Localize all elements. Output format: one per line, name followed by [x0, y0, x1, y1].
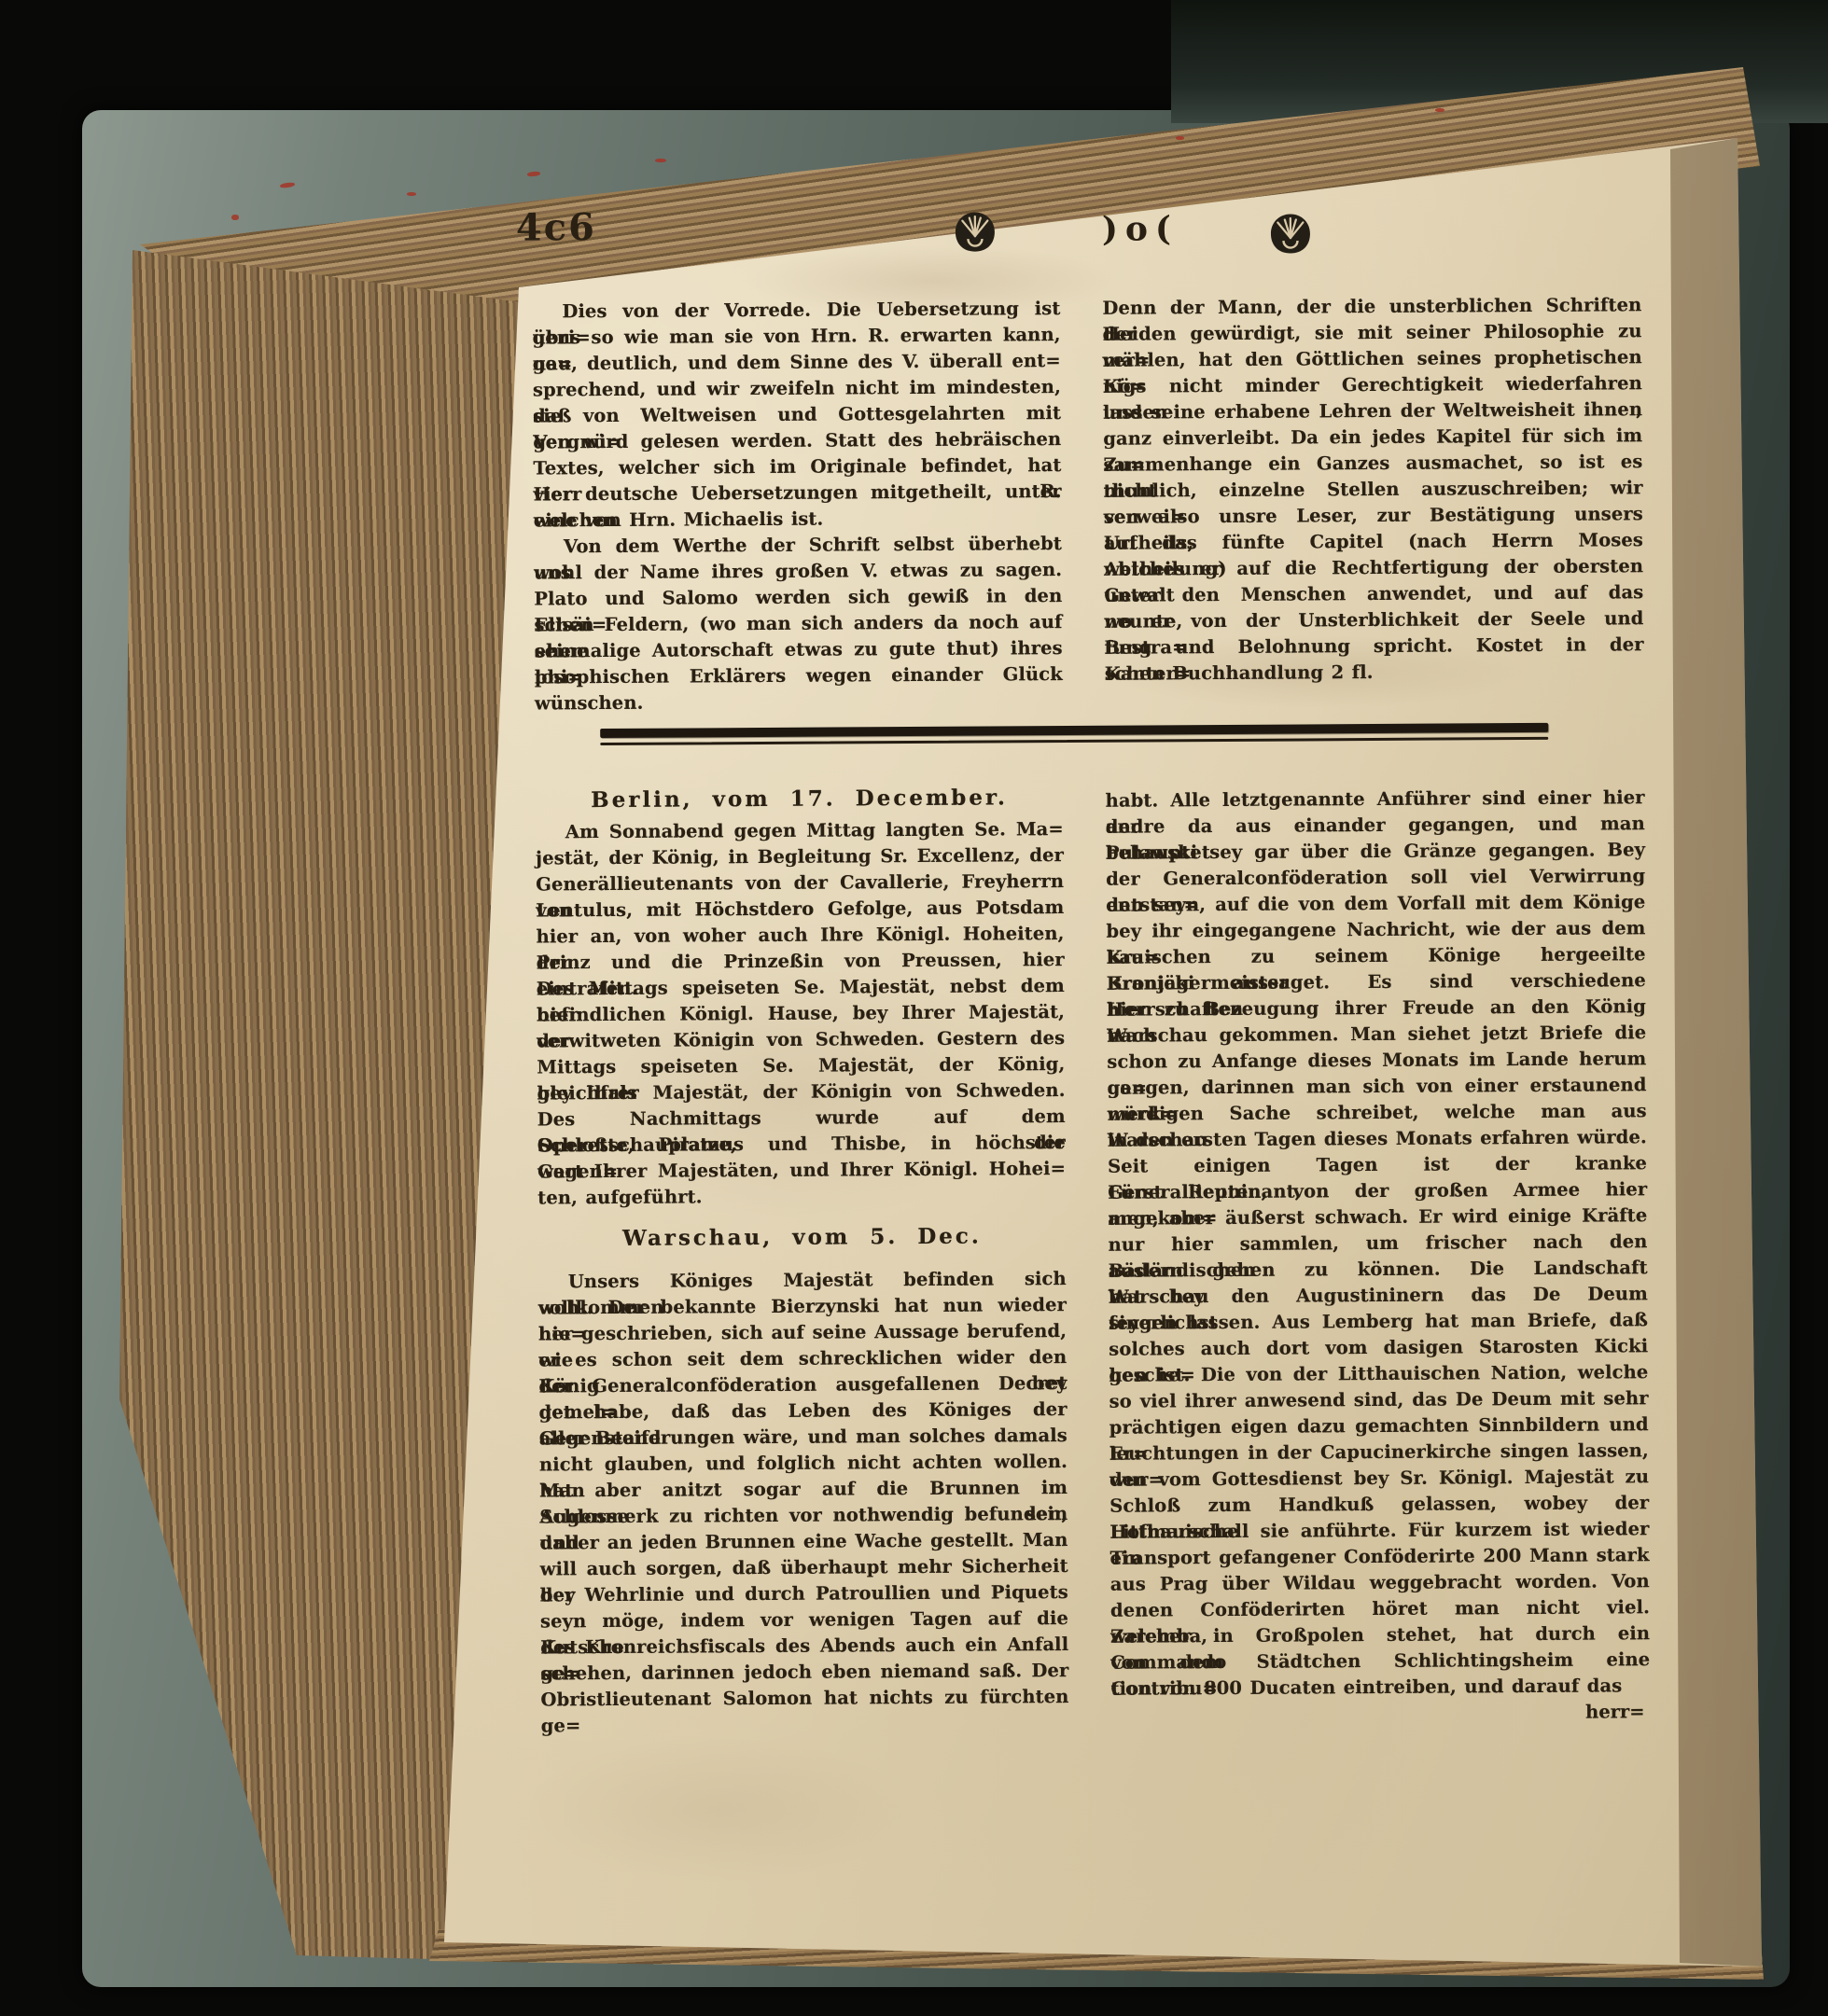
text-line: und seine erhabene Lehren der Weltweishe…: [1103, 396, 1642, 426]
review-paragraph: Von dem Werthe der Schrift selbst überhe…: [534, 531, 1063, 690]
text-line: wohl der Name ihres großen V. etwas zu s…: [534, 557, 1062, 586]
catchword: herr=: [1585, 1701, 1645, 1722]
text-line: andre da aus einander gegangen, und man …: [1106, 811, 1645, 841]
text-line: bey ihr eingegangene Nachricht, wie der …: [1106, 915, 1645, 945]
text-line: her geschrieben, sich auf seine Aussage …: [538, 1318, 1067, 1347]
text-line: sammenhange ein Ganzes ausmachet, so ist…: [1103, 449, 1642, 479]
text-line: seyn möge, indem vor wenigen Tagen auf d…: [540, 1606, 1068, 1634]
text-line: Am Sonnabend gegen Mittag langten Se. Ma…: [536, 816, 1064, 845]
article-body-warschau: Unsers Königes Majestät befinden sich vo…: [538, 1266, 1069, 1713]
text-line: von dem Städtchen Schlichtingsheim eine …: [1110, 1647, 1650, 1676]
text-line: bey Ihrer Majestät, der Königin von Schw…: [537, 1078, 1065, 1106]
text-line: Warschau gekommen. Man siehet jetzt Brie…: [1107, 1020, 1646, 1050]
text-line: ganz einverleibt. Da ein jedes Kapitel f…: [1103, 423, 1642, 452]
text-line: leuchtungen in der Capucinerkirche singe…: [1109, 1438, 1649, 1467]
text-line: des Kronreichsfiscals des Abends auch ei…: [540, 1632, 1068, 1661]
text-line: aus Prag über Wildau weggebracht worden.…: [1110, 1568, 1650, 1598]
text-line: vier deutsche Uebersetzungen mitgetheilt…: [534, 479, 1062, 507]
text-line: so viel ihrer anwesend sind, das De Deum…: [1109, 1385, 1648, 1415]
text-line: Von dem Werthe der Schrift selbst überhe…: [534, 531, 1062, 560]
text-line: den vom Gottesdienst bey Sr. Königl. Maj…: [1109, 1464, 1649, 1494]
text-line: hat aber anitzt sogar auf die Brunnen im…: [539, 1475, 1067, 1504]
text-line: nigs nicht minder Gerechtigkeit wiederfa…: [1103, 370, 1642, 400]
text-line: losophischen Erklärers wegen einander Gl…: [535, 661, 1063, 690]
text-line: Augenmerk zu richten vor nothwendig befu…: [539, 1501, 1067, 1530]
text-line: befindlichen Königl. Hause, bey Ihrer Ma…: [537, 999, 1065, 1028]
text-line: gens so wie man sie von Hrn. R. erwarten…: [533, 322, 1061, 351]
text-line: ehemalige Autorschaft etwas zu gute thut…: [535, 635, 1063, 664]
article-body-berlin: Am Sonnabend gegen Mittag langten Se. Ma…: [536, 816, 1067, 1211]
left-column: Dies von der Vorrede. Die Uebersetzung i…: [530, 0, 1058, 2]
text-line: sie von Weltweisen und Gottesgelahrten m…: [533, 400, 1061, 429]
text-line: schehen, darinnen jedoch eben niemand sa…: [540, 1658, 1068, 1687]
text-line: Des Mittags speiseten Se. Majestät, nebs…: [537, 973, 1065, 1002]
text-line: aller Beeiferungen wäre, und man solches…: [539, 1423, 1067, 1452]
text-line: Transport gefangener Conföderirte 200 Ma…: [1110, 1542, 1650, 1572]
text-line: Denn der Mann, der die unsterblichen Sch…: [1102, 292, 1641, 322]
text-line: thunlich, einzelne Stellen auszuschreibe…: [1104, 475, 1643, 505]
printed-page-content: 4c6 )o( Dies von der Vorrede. Die Uebers…: [0, 0, 1828, 2016]
text-line: denen Conföderirten höret man nicht viel…: [1110, 1594, 1650, 1624]
text-line: tion von 800 Ducaten eintreiben, und dar…: [1110, 1673, 1650, 1703]
article-heading-warschau: Warschau, vom 5. Dec.: [537, 1223, 1066, 1251]
text-line: mählen, hat den Göttlichen seines prophe…: [1103, 344, 1642, 374]
text-line: wohl. Der bekannte Bierzynski hat nun wi…: [538, 1292, 1067, 1321]
review-paragraph: Dies von der Vorrede. Die Uebersetzung i…: [532, 296, 1062, 534]
section-divider-rule: [600, 723, 1548, 745]
text-line: jestät, der König, in Begleitung Sr. Exc…: [536, 842, 1064, 871]
text-line: habt. Alle letztgenannte Anführer sind e…: [1106, 785, 1645, 814]
text-line: Prinz und die Prinzeßin von Preussen, hi…: [537, 947, 1065, 976]
text-line: gangen, darinnen man sich von einer erst…: [1107, 1072, 1646, 1102]
text-line: schen Buchhandlung 2 fl.: [1105, 658, 1644, 688]
text-line: Textes, welcher sich im Originale befind…: [533, 452, 1061, 481]
header-center-mark: )o(: [1102, 209, 1179, 249]
text-line: nur hier sammlen, um frischer nach den a…: [1108, 1229, 1647, 1258]
text-line: hen ist. Die von der Litthauischen Natio…: [1109, 1359, 1648, 1389]
text-line: hier an, von woher auch Ihre Königl. Hoh…: [536, 921, 1064, 950]
text-line: daher an jeden Brunnen eine Wache gestel…: [539, 1527, 1067, 1556]
text-line: würdigen Sache schreibet, welche man aus…: [1108, 1098, 1647, 1128]
text-line: Hofmarschall sie anführte. Für kurzem is…: [1109, 1516, 1649, 1546]
text-line: unter den Menschen anwendet, und auf das…: [1104, 579, 1643, 609]
text-line: Heiden gewürdigt, sie mit seiner Philoso…: [1103, 318, 1642, 348]
text-line: Bädern gehen zu können. Die Landschaft W…: [1109, 1255, 1648, 1285]
divider-thick-rule: [600, 723, 1548, 738]
text-line: nicht glauben, und folglich nicht achten…: [539, 1449, 1067, 1478]
text-line: in den ersten Tagen dieses Monats erfahr…: [1108, 1124, 1647, 1154]
text-line: auf das fünfte Capitel (nach Herrn Moses…: [1104, 527, 1643, 557]
text-line: Branicki aussaget. Es sind verschiedene …: [1107, 967, 1646, 997]
text-line: wart Ihrer Majestäten, und Ihrer Königl.…: [537, 1156, 1066, 1185]
text-line: eine von Hrn. Michaelis ist.: [534, 505, 1062, 534]
palmette-ornament-icon: [1268, 210, 1313, 257]
article-heading-berlin: Berlin, vom 17. December.: [536, 785, 1064, 813]
text-line: Fürst Repnin, von der großen Armee hier …: [1108, 1176, 1647, 1206]
page-number: 4c6: [516, 205, 596, 250]
text-line: will auch sorgen, daß überhaupt mehr Sic…: [540, 1553, 1068, 1582]
text-line: Generällieutenants von der Cavallerie, F…: [536, 869, 1064, 897]
text-line: nau, deutlich, und dem Sinne des V. über…: [533, 348, 1061, 377]
text-line: Unsers Königes Majestät befinden sich vo…: [538, 1266, 1067, 1295]
text-line: gen wird gelesen werden. Statt des hebrä…: [533, 426, 1061, 455]
text-line: er es schon seit dem schrecklichen wider…: [538, 1344, 1067, 1373]
text-line: der Generalconföderation ausgefallenen D…: [538, 1370, 1067, 1399]
text-line: Seit einigen Tagen ist der kranke Genera…: [1108, 1150, 1647, 1180]
text-line: singen lassen. Aus Lemberg hat man Brief…: [1109, 1307, 1648, 1337]
text-line: Operette, Piramus und Thisbe, in höchste…: [537, 1130, 1066, 1159]
text-line: der Wehrlinie und durch Patroullien und …: [540, 1579, 1068, 1608]
text-line: sprechend, und wir zweifeln nicht im min…: [533, 374, 1061, 403]
text-line: ten, aufgeführt.: [537, 1182, 1066, 1211]
text-line: den seyn, auf die von dem Vorfall mit de…: [1106, 889, 1645, 919]
text-line: der Generalconföderation soll viel Verwi…: [1106, 863, 1645, 893]
text-line: solches auch dort vom dasigen Starosten …: [1109, 1333, 1648, 1363]
divider-thin-rule: [600, 737, 1548, 745]
text-line: schen Feldern, (wo man sich anders da no…: [534, 609, 1062, 638]
book-scan: { "masthead": { "page_number": "4c6", "c…: [0, 0, 1828, 2016]
text-line: kauischen zu seinem Könige hergeeilte Kr…: [1107, 941, 1646, 971]
review-paragraph-continued: Denn der Mann, der die unsterblichen Sch…: [1102, 292, 1644, 688]
text-line: fung und Belohnung spricht. Kostet in de…: [1105, 632, 1644, 661]
text-line: Mittags speiseten Se. Majestät, der Köni…: [537, 1051, 1065, 1080]
text-line: verwitweten Königin von Schweden. Gester…: [537, 1025, 1065, 1054]
text-line: welcher in Großpolen stehet, hat durch e…: [1110, 1620, 1650, 1650]
text-line: sen also unsre Leser, zur Bestätigung un…: [1104, 501, 1643, 531]
text-line: wo er von der Unsterblichkeit der Seele …: [1104, 605, 1643, 635]
text-line: schon zu Anfange dieses Monats im Lande …: [1107, 1046, 1646, 1076]
text-line: Dies von der Vorrede. Die Uebersetzung i…: [532, 296, 1060, 325]
text-line: prächtigen eigen dazu gemachten Sinnbild…: [1109, 1411, 1649, 1441]
warschau-article-continued: habt. Alle letztgenannte Anführer sind e…: [1106, 785, 1651, 1703]
text-line: Plato und Salomo werden sich gewiß in de…: [534, 583, 1062, 612]
text-line: Des Nachmittags wurde auf dem Schloßscha…: [537, 1104, 1066, 1133]
text-line: welches er auf die Rechtfertigung der ob…: [1104, 553, 1643, 583]
text-line: Schloß zum Handkuß gelassen, wobey der L…: [1109, 1490, 1649, 1520]
palmette-ornament-icon: [953, 208, 998, 255]
text-line: Lentulus, mit Höchstdero Gefolge, aus Po…: [536, 895, 1064, 924]
text-line: Obristlieutenant Salomon hat nichts zu f…: [540, 1684, 1068, 1713]
text-line: Pulawski sey gar über die Gränze gegange…: [1106, 837, 1645, 867]
text-line: hier zu Bezeugung ihrer Freude an den Kö…: [1107, 994, 1646, 1023]
text-line: det habe, daß das Leben des Königes der …: [539, 1397, 1067, 1425]
text-line: hat bey den Augustininern das De Deum fe…: [1109, 1281, 1648, 1311]
text-line: men, aber äußerst schwach. Er wird einig…: [1108, 1203, 1647, 1232]
